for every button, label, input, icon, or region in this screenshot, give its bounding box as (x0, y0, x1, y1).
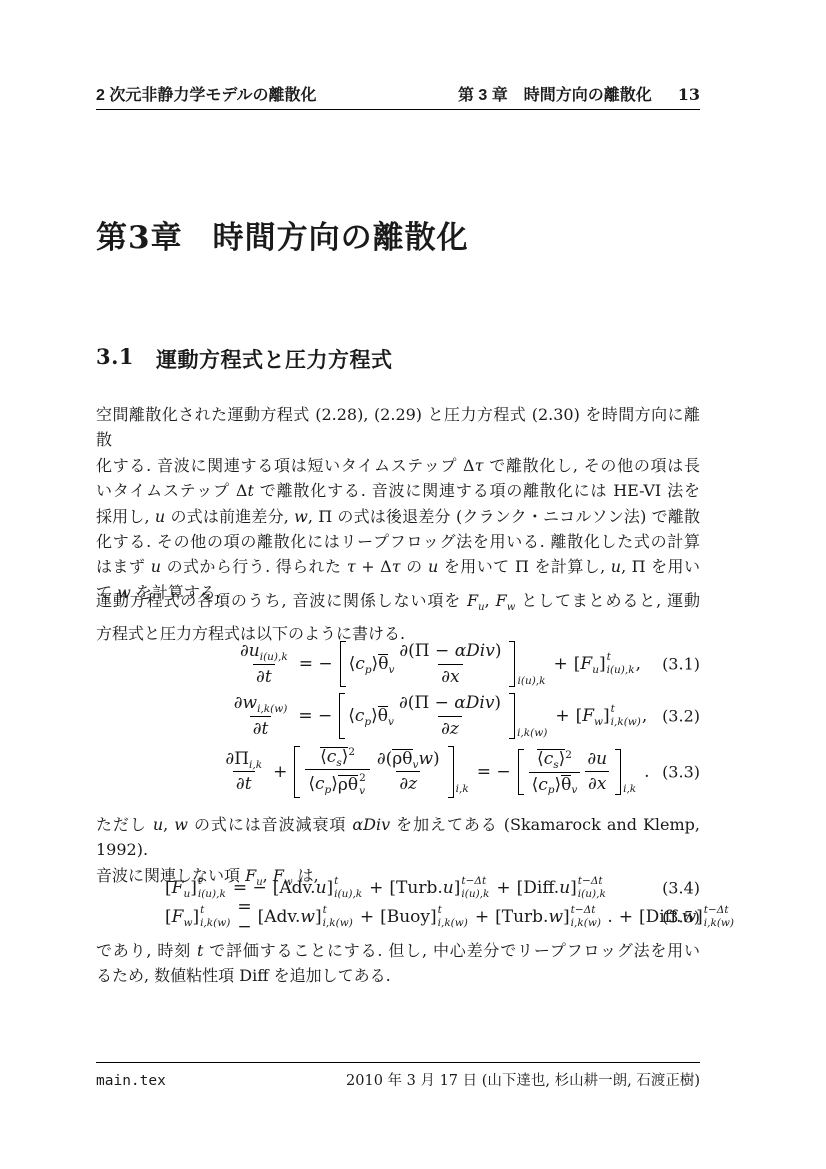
text-line: 化する. 音波に関連する項は短いタイムステップ Δτ で離散化し, その他の項は… (96, 453, 700, 478)
section-heading: 3.1 運動方程式と圧力方程式 (96, 344, 393, 374)
page-number: 13 (678, 86, 700, 103)
section-number: 3.1 (96, 344, 134, 374)
running-head: 2 次元非静力学モデルの離散化 第 3 章 時間方向の離散化 13 (96, 86, 700, 110)
text-line: 空間離散化された運動方程式 (2.28), (2.29) と圧力方程式 (2.3… (96, 402, 700, 453)
equation-3-3: ∂Πi,k∂t+⟨cs⟩2⟨cp⟩ρθ2v∂(ρθvw)∂zi,k= −⟨cs⟩… (96, 740, 700, 804)
footer-date: 2010 年 3 月 17 日 (山下達也, 杉山耕一朗, 石渡正樹) (346, 1069, 700, 1090)
equation-3-3-body: ∂Πi,k∂t+⟨cs⟩2⟨cp⟩ρθ2v∂(ρθvw)∂zi,k= −⟨cs⟩… (220, 744, 655, 799)
text-line: いタイムステップ Δt で離散化する. 音波に関連する項の離散化には HE-VI… (96, 478, 700, 503)
text-line: 運動方程式の各項のうち, 音波に関係しない項を Fu, Fw としてまとめると,… (96, 588, 700, 621)
chapter-number: 第3章 (96, 212, 183, 257)
paragraph-intro: 空間離散化された運動方程式 (2.28), (2.29) と圧力方程式 (2.3… (96, 402, 700, 605)
chapter-title: 第3章 時間方向の離散化 (96, 212, 469, 257)
footer-file-name: main.tex (96, 1073, 166, 1089)
running-head-left: 2 次元非静力学モデルの離散化 (96, 87, 317, 104)
page-footer: main.tex 2010 年 3 月 17 日 (山下達也, 杉山耕一朗, 石… (96, 1062, 700, 1090)
equation-3-5: [Fw]ti,k(w)= −[Adv.w]ti,k(w)+[Buoy]ti,k(… (96, 902, 700, 932)
equation-3-2-body: ∂wi,k(w)∂t= −⟨cp⟩θv∂(Π − αDiv)∂zi,k(w)+[… (229, 691, 648, 741)
equation-3-2: ∂wi,k(w)∂t= −⟨cp⟩θv∂(Π − αDiv)∂zi,k(w)+[… (96, 688, 700, 744)
document-page: 2 次元非静力学モデルの離散化 第 3 章 時間方向の離散化 13 第3章 時間… (0, 0, 826, 1169)
equation-3-4-number: (3.4) (662, 879, 700, 898)
text-line: 化する. その他の項の離散化にはリープフロッグ法を用いる. 離散化した式の計算 (96, 529, 700, 554)
paragraph-closing: であり, 時刻 t で評価することにする. 但し, 中心差分でリープフロッグ法を… (96, 938, 700, 989)
section-title-text: 運動方程式と圧力方程式 (156, 344, 393, 374)
equation-3-1: ∂ui(u),k∂t= −⟨cp⟩θv∂(Π − αDiv)∂xi(u),k+[… (96, 636, 700, 692)
chapter-title-text: 時間方向の離散化 (213, 212, 469, 257)
text-line: るため, 数値粘性項 Diff を追加してある. (96, 963, 700, 988)
equation-3-1-number: (3.1) (662, 655, 700, 674)
equation-3-5-number: (3.5) (662, 908, 700, 927)
text-line: ただし u, w の式には音波減衰項 αDiv を加えてある (Skamaroc… (96, 812, 700, 863)
equation-3-3-number: (3.3) (662, 763, 700, 782)
running-head-right: 第 3 章 時間方向の離散化 13 (458, 86, 700, 104)
text-line: はまず u の式から行う. 得られた τ + Δτ の u を用いて Π を計算… (96, 554, 700, 579)
text-line: であり, 時刻 t で評価することにする. 但し, 中心差分でリープフロッグ法を… (96, 938, 700, 963)
equation-3-1-body: ∂ui(u),k∂t= −⟨cp⟩θv∂(Π − αDiv)∂xi(u),k+[… (235, 639, 641, 689)
equation-3-2-number: (3.2) (662, 707, 700, 726)
running-head-chapter-mark: 第 3 章 時間方向の離散化 (458, 87, 652, 104)
text-line: 採用し, u の式は前進差分, w, Π の式は後退差分 (クランク・ニコルソン… (96, 504, 700, 529)
equation-3-5-body: [Fw]ti,k(w)= −[Adv.w]ti,k(w)+[Buoy]ti,k(… (165, 897, 735, 937)
